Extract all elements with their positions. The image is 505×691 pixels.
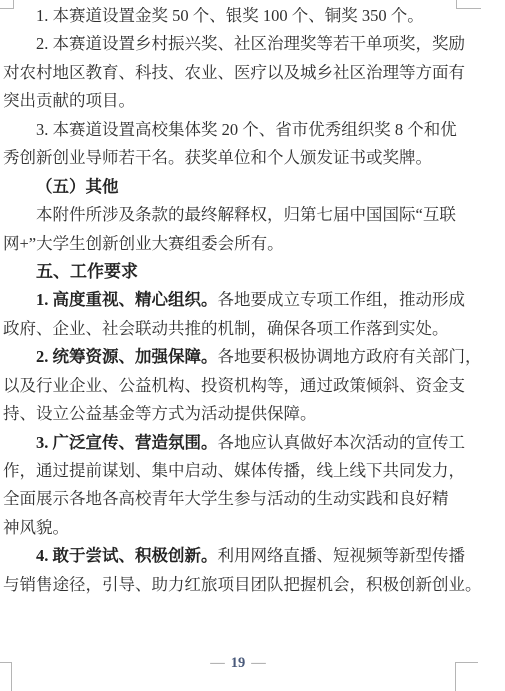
text-run: 全面展示各地各高校青年大学生参与活动的生动实践和良好精 (3, 489, 449, 508)
text-line: 秀创新创业导师若干名。获奖单位和个人颁发证书或奖牌。 (3, 144, 473, 172)
text-line: 全面展示各地各高校青年大学生参与活动的生动实践和良好精 (3, 485, 473, 513)
text-run: 各地应认真做好本次活动的宣传工 (218, 433, 466, 452)
emphasized-run: （五）其他 (36, 177, 119, 196)
emphasized-run: 2. 统筹资源、加强保障。 (36, 347, 218, 366)
emphasized-run: 1. 高度重视、精心组织。 (36, 290, 218, 309)
text-run: 各地要成立专项工作组，推动形成 (218, 290, 466, 309)
document-body-text: 1. 本赛道设置金奖 50 个、银奖 100 个、铜奖 350 个。2. 本赛道… (3, 2, 473, 599)
text-line: 3. 本赛道设置高校集体奖 20 个、省市优秀组织奖 8 个和优 (3, 116, 473, 144)
text-run: 利用网络直播、短视频等新型传播 (218, 546, 466, 565)
text-line: 本附件所涉及条款的最终解释权，归第七届中国国际“互联 (3, 201, 473, 229)
text-run: 各地要积极协调地方政府有关部门， (218, 347, 482, 366)
section-heading: 五、工作要求 (3, 258, 473, 286)
text-run: 与销售途径，引导、助力红旅项目团队把握机会，积极创新创业。 (3, 575, 482, 594)
footer-dash-left: — (210, 655, 225, 671)
sub-section-heading: （五）其他 (3, 173, 473, 201)
text-run: 政府、企业、社会联动共推的机制，确保各项工作落到实处。 (3, 319, 449, 338)
text-line: 突出贡献的项目。 (3, 87, 473, 115)
text-line: 2. 本赛道设置乡村振兴奖、社区治理奖等若干单项奖，奖励 (3, 30, 473, 58)
text-run: 对农村地区教育、科技、农业、医疗以及城乡社区治理等方面有 (3, 63, 465, 82)
text-line: 1. 高度重视、精心组织。各地要成立专项工作组，推动形成 (3, 286, 473, 314)
text-line: 神风貌。 (3, 514, 473, 542)
text-run: 2. 本赛道设置乡村振兴奖、社区治理奖等若干单项奖，奖励 (36, 34, 465, 53)
text-run: 神风貌。 (3, 518, 69, 537)
text-run: 秀创新创业导师若干名。获奖单位和个人颁发证书或奖牌。 (3, 148, 432, 167)
emphasized-run: 3. 广泛宣传、营造氛围。 (36, 433, 218, 452)
footer-dash-right: — (251, 655, 266, 671)
document-page: 1. 本赛道设置金奖 50 个、银奖 100 个、铜奖 350 个。2. 本赛道… (0, 0, 505, 691)
text-line: 1. 本赛道设置金奖 50 个、银奖 100 个、铜奖 350 个。 (3, 2, 473, 30)
text-run: 1. 本赛道设置金奖 50 个、银奖 100 个、铜奖 350 个。 (36, 6, 424, 25)
text-line: 政府、企业、社会联动共推的机制，确保各项工作落到实处。 (3, 315, 473, 343)
text-line: 网+”大学生创新创业大赛组委会所有。 (3, 230, 473, 258)
page-footer: —19— (3, 653, 473, 673)
text-line: 以及行业企业、公益机构、投资机构等，通过政策倾斜、资金支 (3, 372, 473, 400)
emphasized-run: 五、工作要求 (36, 262, 138, 281)
text-line: 对农村地区教育、科技、农业、医疗以及城乡社区治理等方面有 (3, 59, 473, 87)
emphasized-run: 4. 敢于尝试、积极创新。 (36, 546, 218, 565)
page-number: 19 (231, 655, 246, 671)
text-run: 本附件所涉及条款的最终解释权，归第七届中国国际“互联 (36, 205, 456, 224)
text-run: 3. 本赛道设置高校集体奖 20 个、省市优秀组织奖 8 个和优 (36, 120, 457, 139)
text-line: 与销售途径，引导、助力红旅项目团队把握机会，积极创新创业。 (3, 571, 473, 599)
text-line: 4. 敢于尝试、积极创新。利用网络直播、短视频等新型传播 (3, 542, 473, 570)
text-run: 作，通过提前谋划、集中启动、媒体传播，线上线下共同发力， (3, 461, 465, 480)
text-run: 突出贡献的项目。 (3, 91, 135, 110)
text-line: 3. 广泛宣传、营造氛围。各地应认真做好本次活动的宣传工 (3, 429, 473, 457)
text-run: 以及行业企业、公益机构、投资机构等，通过政策倾斜、资金支 (3, 376, 465, 395)
text-line: 作，通过提前谋划、集中启动、媒体传播，线上线下共同发力， (3, 457, 473, 485)
text-line: 2. 统筹资源、加强保障。各地要积极协调地方政府有关部门， (3, 343, 473, 371)
text-run: 持、设立公益基金等方式为活动提供保障。 (3, 404, 317, 423)
text-line: 持、设立公益基金等方式为活动提供保障。 (3, 400, 473, 428)
text-run: 网+”大学生创新创业大赛组委会所有。 (3, 234, 284, 253)
